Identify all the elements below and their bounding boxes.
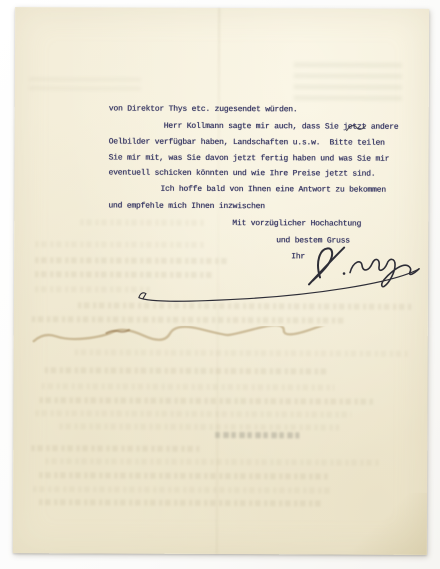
letter-line: Ich hoffe bald von Ihnen eine Antwort zu… [160,185,385,196]
bleed-through-block [29,73,141,90]
bleed-through-line [45,367,330,374]
bleed-through-line [39,397,373,404]
bleed-through-line [42,383,335,390]
signature-handwriting [130,243,430,309]
bleed-through-line-dark [215,432,299,438]
letter-line: Sie mir mit, was Sie davon jetzt fertig … [109,154,390,165]
corner-fold-shading [341,493,427,555]
bleed-through-line [39,499,323,506]
bleed-through-line [33,486,331,493]
pen-stroke-mark [346,123,368,135]
bleed-through-line [31,445,199,452]
letter-line: von Direktor Thys etc. zugesendet würden… [109,105,298,116]
letter-line: und empfehle mich Ihnen inzwischen [108,202,264,213]
letter-line: Oelbilder verfügbar haben, Landschaften … [109,138,385,149]
bleed-through-line [45,458,379,465]
bleed-through-line [80,219,205,226]
scanned-letter-screenshot: { "letter": { "body_lines": [ "von Direk… [0,0,440,569]
letter-page: von Direktor Thys etc. zugesendet würden… [13,7,429,555]
closing-line: Mit vorzüglicher Hochachtung [232,219,361,230]
letter-line: eventuell schicken könnten und wie Ihre … [108,169,375,180]
bleed-through-line [59,423,339,430]
bleed-through-letterhead [294,56,402,100]
bleed-through-line [32,316,345,323]
bleed-through-line [35,410,351,417]
bleed-through-handwriting [32,325,364,354]
bleed-through-line [39,472,329,479]
